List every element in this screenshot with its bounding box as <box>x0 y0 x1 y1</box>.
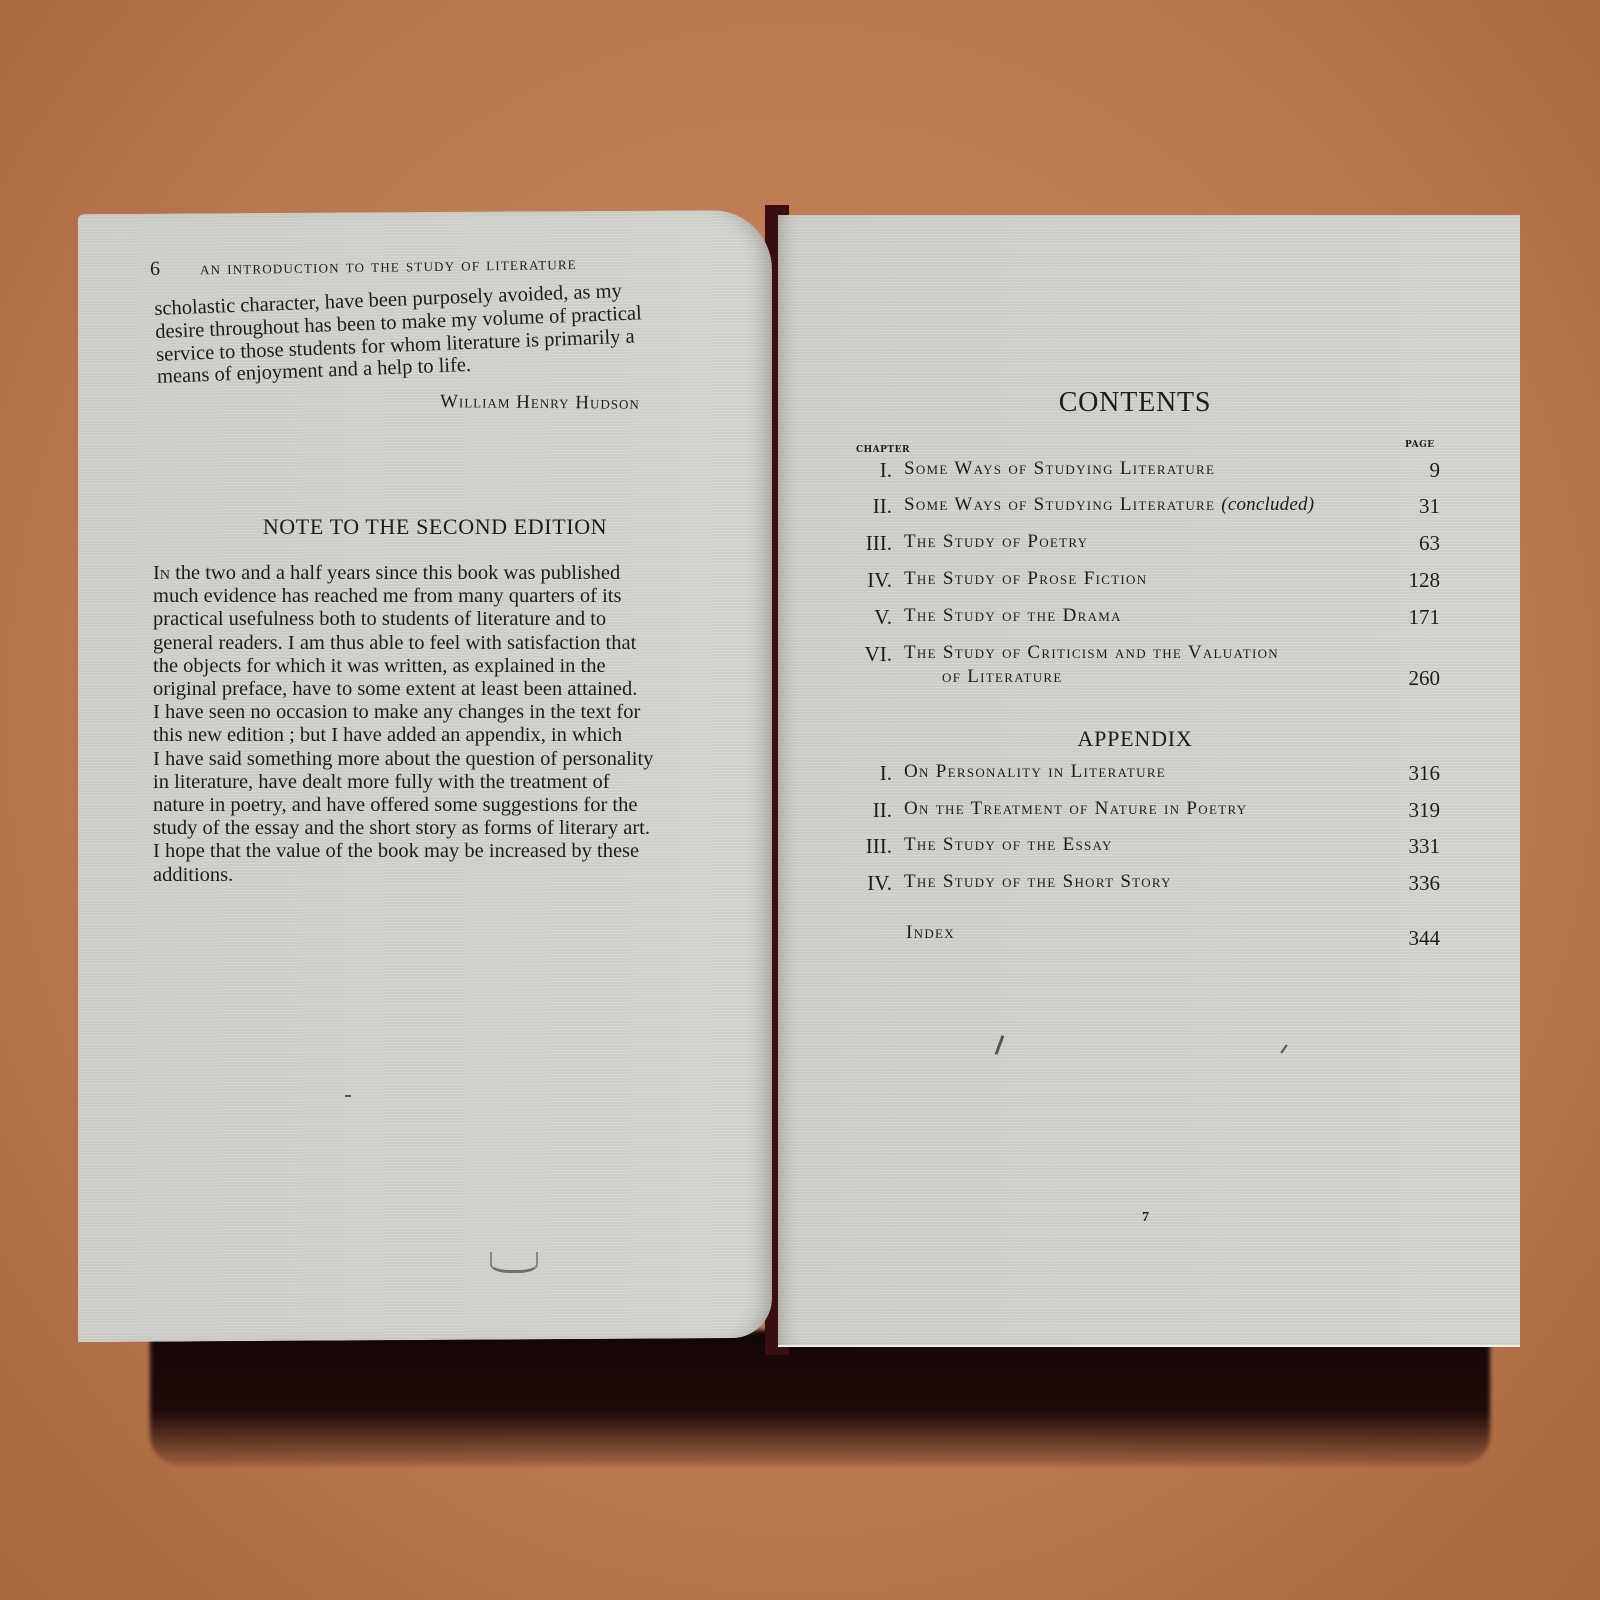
toc-entry: IV. The Study of Prose Fiction 128 <box>850 568 1440 596</box>
author-signature: William Henry Hudson <box>440 391 640 415</box>
text-line: the objects for which it was written, as… <box>153 655 718 678</box>
chapter-column-label: CHAPTER <box>856 445 910 455</box>
page-ref: 260 <box>1380 666 1440 691</box>
toc-entry: II. Some Ways of Studying Literature (co… <box>850 494 1440 522</box>
text-line: I hope that the value of the book may be… <box>153 840 718 863</box>
page-ref: 316 <box>1380 761 1440 786</box>
paper-tear-mark <box>490 1252 538 1273</box>
text-line: nature in poetry, and have offered some … <box>153 794 718 817</box>
page-ref: 336 <box>1380 871 1440 896</box>
page-ref: 171 <box>1380 605 1440 630</box>
page-ref: 331 <box>1380 834 1440 859</box>
appendix-entry: IV. The Study of the Short Story 336 <box>850 871 1440 899</box>
text-line: in literature, have dealt more fully wit… <box>153 771 718 794</box>
appendix-entry: I. On Personality in Literature 316 <box>850 761 1440 789</box>
text-line: much evidence has reached me from many q… <box>153 585 718 608</box>
page-number-right: 7 <box>1142 1210 1149 1226</box>
note-body: In the two and a half years since this b… <box>153 562 718 887</box>
toc-entry: I. Some Ways of Studying Literature 9 <box>850 458 1440 486</box>
index-entry: Index 344 <box>850 922 1440 950</box>
page-ref: 31 <box>1380 494 1440 519</box>
text-line: I have said something more about the que… <box>153 748 718 771</box>
text-line: practical usefulness both to students of… <box>153 608 718 631</box>
page-ref: 319 <box>1380 798 1440 823</box>
page-ref: 9 <box>1380 458 1440 483</box>
book-cover-shadow <box>150 1330 1490 1465</box>
text-line: original preface, have to some extent at… <box>153 678 718 701</box>
text-line: In the two and a half years since this b… <box>153 562 718 585</box>
page-ref: 344 <box>1380 926 1440 951</box>
note-heading: NOTE TO THE SECOND EDITION <box>150 514 720 540</box>
page-ref: 63 <box>1380 531 1440 556</box>
text-line: additions. <box>153 864 718 887</box>
toc-entry: V. The Study of the Drama 171 <box>850 605 1440 633</box>
drop-word: In <box>153 562 170 584</box>
text-line: this new edition ; but I have added an a… <box>153 724 718 747</box>
contents-heading: CONTENTS <box>850 387 1420 419</box>
text-line: I have seen no occasion to make any chan… <box>153 701 718 724</box>
appendix-entry: II. On the Treatment of Nature in Poetry… <box>850 798 1440 826</box>
appendix-entry: III. The Study of the Essay 331 <box>850 834 1440 862</box>
page-number-left: 6 <box>150 258 160 281</box>
page-column-label: PAGE <box>1405 440 1435 450</box>
page-ref: 128 <box>1380 568 1440 593</box>
paper-speck <box>345 1095 351 1097</box>
appendix-heading: APPENDIX <box>850 726 1420 752</box>
text-line: study of the essay and the short story a… <box>153 817 718 840</box>
toc-entry: VI. The Study of Criticism and the Valua… <box>850 642 1440 694</box>
toc-entry: III. The Study of Poetry 63 <box>850 531 1440 559</box>
text-line: general readers. I am thus able to feel … <box>153 632 718 655</box>
